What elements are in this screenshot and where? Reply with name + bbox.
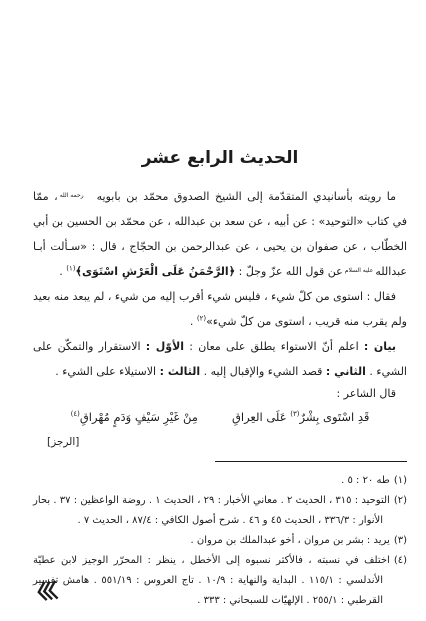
footnote-number: (١) [394,475,407,486]
footnote-ref-1: (١) [66,265,75,273]
footnote-separator [215,461,407,462]
text-line-6: ولم يقرب منه قريب ، استوى من كلّ شيء»(٢)… [33,309,407,334]
text-line-2: في كتاب «التوحيد» : عن أبيه ، عن سعد بن … [33,209,407,234]
text-segment: قصد الشيء والإقبال إليه . [200,365,326,378]
footnote-text: اختلف في نسبته ، فالأكثر نسبوه إلى الأخط… [33,555,390,606]
footnote-text: التوحيد : ٣١٥ ، الحديث ٢ . معاني الأخبار… [33,495,390,526]
text-line-8: الشيء . الثاني : قصد الشيء والإقبال إليه… [33,359,407,384]
text-segment: ما رويته بأسانيدي المتقدّمة إلى الشيخ ال… [97,190,396,203]
text-segment: الاستقرار والتمكّن على [33,340,146,353]
footnote-number: (٢) [394,495,407,506]
poem-hemistich-1: قَدِ اسْتَوى بِشْرٌ(٣) عَلَى العِراقِ [232,406,369,428]
footnote-number: (٤) [394,555,407,566]
footnotes-section: (١)طه ٢٠ : ٥ . (٢)التوحيد : ٣١٥ ، الحديث… [33,471,407,611]
footnote-3: (٣)يريد : بشر بن مروان ، أخو عبدالملك بن… [33,531,407,551]
text-segment: الشيء . [366,365,407,378]
footnote-ref-2: (٢) [197,315,206,323]
text-line-7: بيان : اعلم أنّ الاستواء يطلق على معان :… [33,334,407,359]
text-segment: ولم يقرب منه قريب ، استوى من كلّ شيء» [206,315,407,328]
book-page: الحديث الرابع عشر ما رويته بأسانيدي المت… [0,0,426,621]
second-meaning-label: الثاني : [326,365,366,378]
poem-hemistich-2: مِنْ غَيْرِ سَيْفٍ وَدَمٍ مُهْراقِ(٤) [71,406,198,428]
third-meaning-label: الثالث : [160,365,201,378]
text-segment: عَلَى العِراقِ [232,410,290,424]
quran-verse: ﴿الرَّحْمَنُ عَلَى الْعَرْشِ اسْتَوَى﴾ [76,265,236,278]
footnote-text: يريد : بشر بن مروان ، أخو عبدالملك بن مر… [191,535,390,546]
footnote-4: (٤)اختلف في نسبته ، فالأكثر نسبوه إلى ال… [33,551,407,611]
text-segment: مِنْ غَيْرِ سَيْفٍ وَدَمٍ مُهْراقِ [80,410,198,424]
text-line-1: ما رويته بأسانيدي المتقدّمة إلى الشيخ ال… [33,184,407,209]
text-line-5: فقال : استوى من كلّ شيء ، فليس شيء أقرب … [33,284,407,309]
footnote-2: (٢)التوحيد : ٣١٥ ، الحديث ٢ . معاني الأخ… [33,491,407,531]
bayan-label: بيان : [364,340,396,353]
footnote-1: (١)طه ٢٠ : ٥ . [33,471,407,491]
text-segment: قَدِ اسْتَوى بِشْرٌ [299,410,369,424]
text-segment: . [190,315,197,328]
poem-verse: قَدِ اسْتَوى بِشْرٌ(٣) عَلَى العِراقِ مِ… [33,406,407,428]
rahimahullah-symbol: رحمه الله [60,193,95,199]
footnote-number: (٣) [394,535,407,546]
section-end-ornament-icon [34,579,59,608]
text-line-4: عبداللهعليه السلامعن قول الله عزّ وجلّ :… [33,259,407,284]
page-title: الحديث الرابع عشر [33,148,407,168]
footnote-text: طه ٢٠ : ٥ . [341,475,390,486]
alayhissalam-symbol: عليه السلام [345,268,374,274]
text-segment: الاستيلاء على الشيء . [55,365,159,378]
first-meaning-label: الأوّل : [146,340,184,353]
text-segment: عن قول الله عزّ وجلّ : [235,265,343,278]
text-line-3: الخطّاب ، عن صفوان بن يحيى ، عن عبدالرحم… [33,234,407,259]
text-segment: اعلم أنّ الاستواء يطلق على معان : [184,340,364,353]
poet-intro-line: قال الشاعر : [33,384,407,404]
footnote-ref-4: (٤) [71,411,80,419]
poem-meter-label: [الرجز] [33,434,407,450]
text-segment: عبدالله [375,265,407,278]
hadith-body: ما رويته بأسانيدي المتقدّمة إلى الشيخ ال… [33,184,407,450]
